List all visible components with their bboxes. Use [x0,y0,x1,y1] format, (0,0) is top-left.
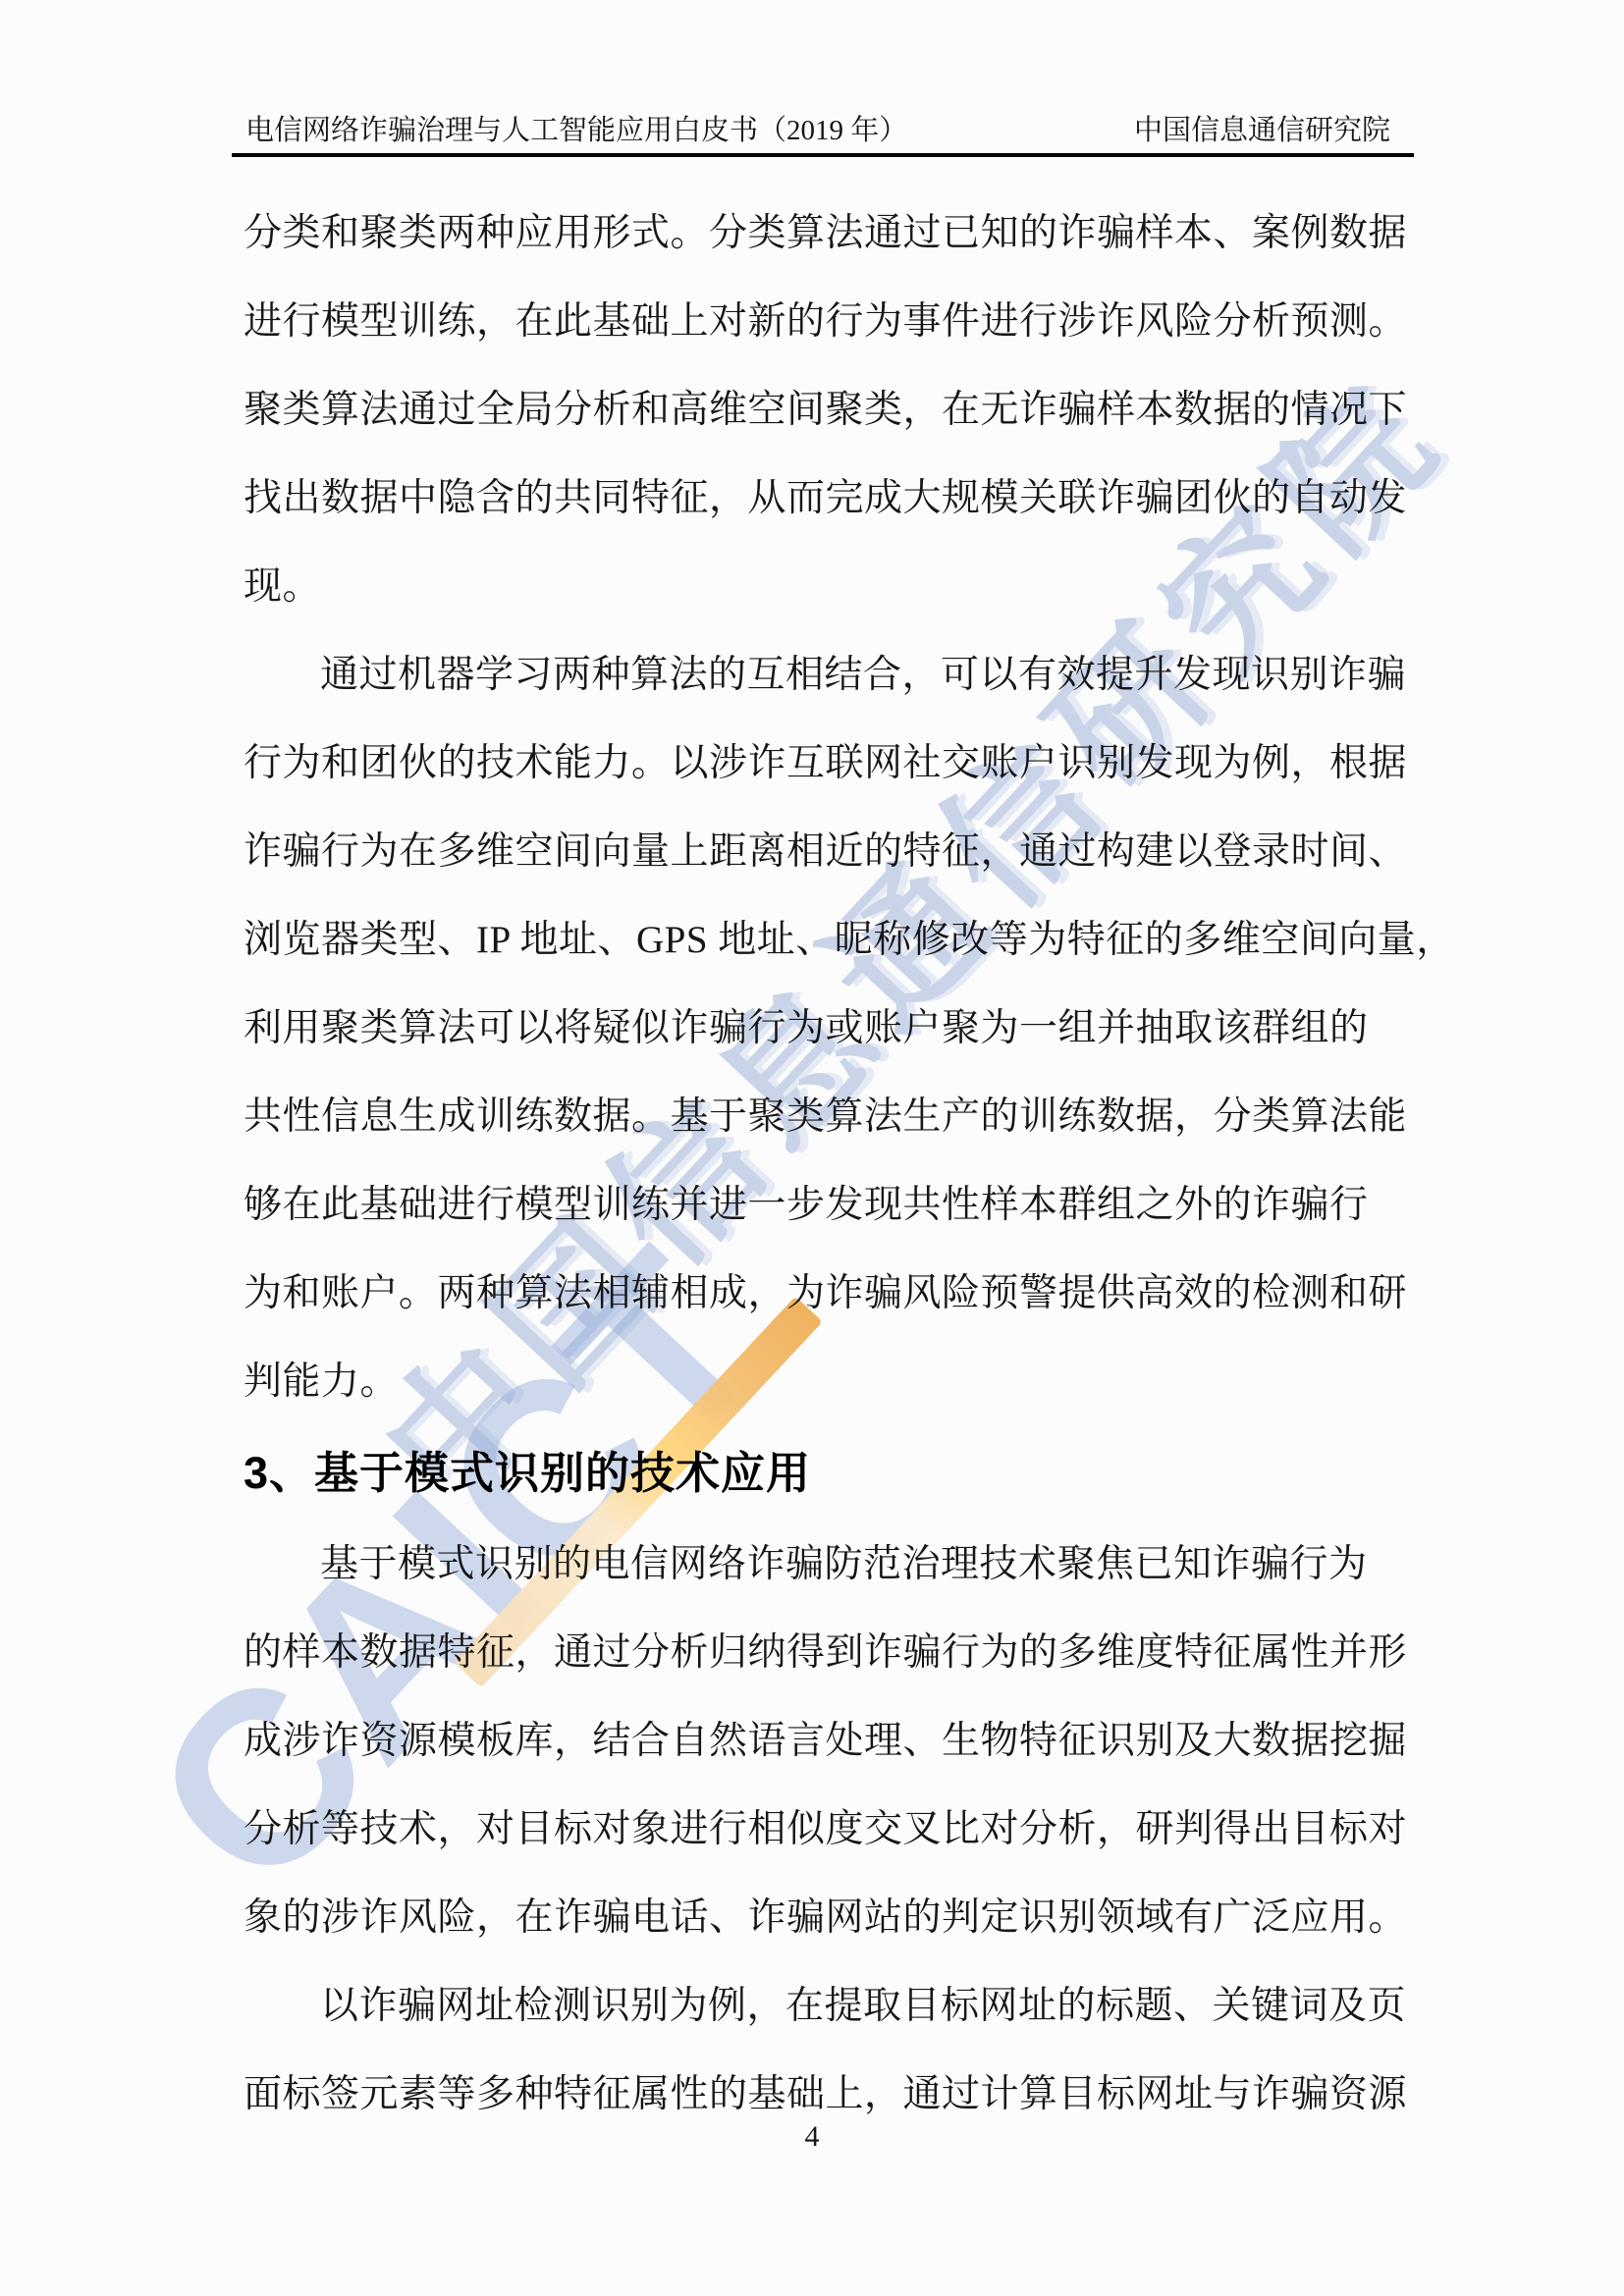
body-line: 诈骗行为在多维空间向量上距离相近的特征，通过构建以登录时间、 [244,808,1406,896]
header-rule [232,153,1414,157]
body-line: 分类和聚类两种应用形式。分类算法通过已知的诈骗样本、案例数据 [244,189,1406,278]
page-header: 电信网络诈骗治理与人工智能应用白皮书（2019 年） 中国信息通信研究院 [232,108,1414,148]
body-line: 找出数据中隐含的共同特征，从而完成大规模关联诈骗团伙的自动发 [244,454,1406,543]
body-line: 行为和团伙的技术能力。以涉诈互联网社交账户识别发现为例，根据 [244,720,1406,808]
document-page: CAICT 中国信息通信研究院 电信网络诈骗治理与人工智能应用白皮书（2019 … [0,0,1624,2296]
body-line: 的样本数据特征，通过分析归纳得到诈骗行为的多维度特征属性并形 [244,1609,1406,1697]
section-heading: 3、基于模式识别的技术应用 [244,1426,1406,1521]
body-line: 通过机器学习两种算法的互相结合，可以有效提升发现识别诈骗 [244,631,1406,720]
page-footer: 4 [0,2120,1624,2154]
body-line: 进行模型训练，在此基础上对新的行为事件进行涉诈风险分析预测。 [244,278,1406,366]
body-line: 共性信息生成训练数据。基于聚类算法生产的训练数据，分类算法能 [244,1073,1406,1161]
body-line: 利用聚类算法可以将疑似诈骗行为或账户聚为一组并抽取该群组的 [244,985,1406,1073]
body-line: 聚类算法通过全局分析和高维空间聚类，在无诈骗样本数据的情况下 [244,366,1406,454]
header-left-title: 电信网络诈骗治理与人工智能应用白皮书（2019 年） [232,108,907,148]
body-line: 够在此基础进行模型训练并进一步发现共性样本群组之外的诈骗行 [244,1161,1406,1250]
body-line: 分析等技术，对目标对象进行相似度交叉比对分析，研判得出目标对 [244,1786,1406,1874]
body-line: 基于模式识别的电信网络诈骗防范治理技术聚焦已知诈骗行为 [244,1521,1406,1609]
body-line: 判能力。 [244,1338,1406,1426]
body-line: 成涉诈资源模板库，结合自然语言处理、生物特征识别及大数据挖掘 [244,1697,1406,1786]
body-line: 浏览器类型、IP 地址、GPS 地址、昵称修改等为特征的多维空间向量， [244,896,1406,985]
body-text: 分类和聚类两种应用形式。分类算法通过已知的诈骗样本、案例数据进行模型训练，在此基… [244,189,1406,2139]
body-line: 以诈骗网址检测识别为例，在提取目标网址的标题、关键词及页 [244,1962,1406,2051]
body-line: 为和账户。两种算法相辅相成，为诈骗风险预警提供高效的检测和研 [244,1250,1406,1338]
body-line: 象的涉诈风险，在诈骗电话、诈骗网站的判定识别领域有广泛应用。 [244,1874,1406,1962]
page-number: 4 [805,2120,820,2153]
body-line: 现。 [244,543,1406,631]
header-right-title: 中国信息通信研究院 [1134,108,1414,148]
